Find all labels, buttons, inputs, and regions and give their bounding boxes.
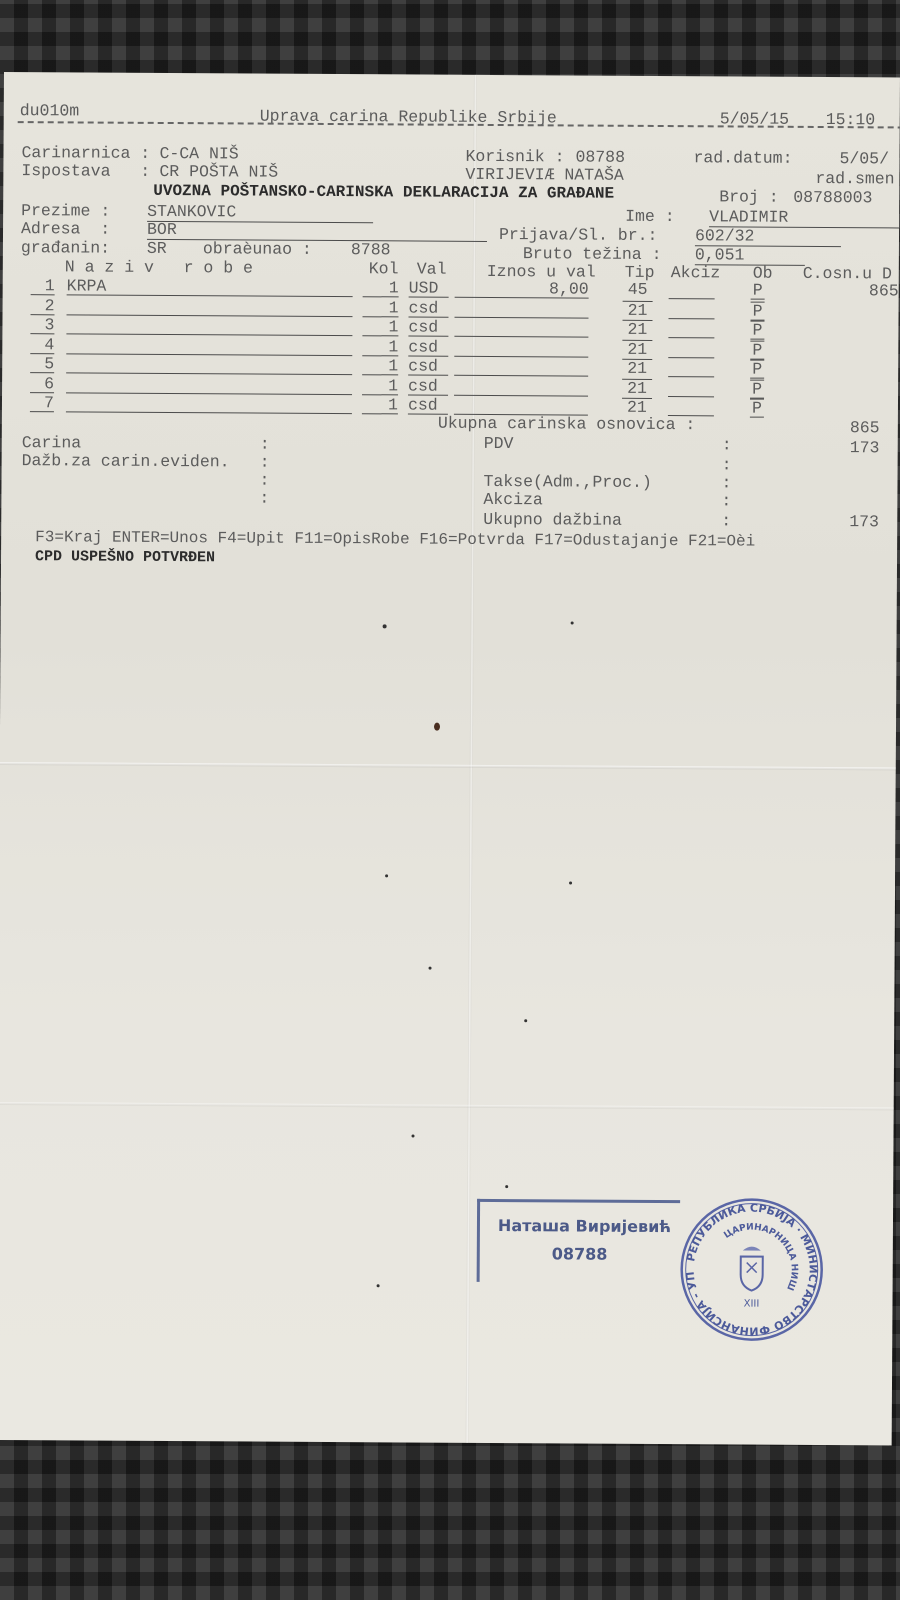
cell-name <box>66 336 352 356</box>
colon: : <box>259 472 269 490</box>
cell-kol: 1 <box>362 357 398 375</box>
carinarnica-value: C-CA NIŠ <box>159 145 238 163</box>
items-table: 1KRPA1USD8,0045P86521csd21P31csd21P41csd… <box>4 72 900 77</box>
colon: : <box>259 490 269 508</box>
paper-speck <box>569 881 572 884</box>
paper-speck <box>385 874 388 877</box>
adresa-value: BOR <box>147 221 487 242</box>
prijava-value: 602/32 <box>695 227 841 247</box>
cell-tip: 21 <box>623 300 653 318</box>
cell-iznos <box>454 358 588 377</box>
paper-speck <box>377 1284 380 1287</box>
obracunao-label: obraèunao : <box>203 240 312 259</box>
cell-tip: 21 <box>622 359 652 377</box>
cell-val: csd <box>409 299 449 317</box>
bruto-label: Bruto težina : <box>523 245 662 264</box>
cell-ob: P <box>750 399 764 418</box>
program-code: du010m <box>20 102 80 120</box>
cell-val: csd <box>408 318 448 336</box>
cell-no: 6 <box>30 375 54 393</box>
colon: : <box>721 474 731 492</box>
korisnik-value: 08788 <box>575 148 625 166</box>
cell-no: 7 <box>30 394 54 412</box>
prezime-label: Prezime : <box>21 202 110 221</box>
ukupna-osnovica-value: 865 <box>850 419 880 437</box>
cell-no: 3 <box>30 316 54 334</box>
ukupno-label: Ukupno dažbina <box>483 511 622 530</box>
cell-cosn <box>822 321 898 338</box>
cell-cosn: 865 <box>823 282 899 299</box>
cell-val: USD <box>409 279 449 297</box>
dazb-label: Dažb.za carin.eviden. <box>22 452 230 471</box>
paper-speck <box>571 621 574 624</box>
cell-ob: P <box>750 301 764 320</box>
cell-cosn <box>822 380 898 397</box>
cell-akciz <box>669 281 715 299</box>
cell-val: csd <box>408 377 448 395</box>
paper-speck <box>524 1019 527 1022</box>
cell-cosn <box>822 341 898 358</box>
pdv-value: 173 <box>850 439 880 457</box>
col-akciz: Akciz <box>671 264 721 282</box>
carina-label: Carina <box>22 434 82 452</box>
svg-text:XIII: XIII <box>744 1299 760 1310</box>
rad-datum-label: rad.datum: <box>693 149 792 168</box>
cell-akciz <box>668 340 714 358</box>
obracunao-value: 8788 <box>351 241 391 259</box>
cell-tip: 21 <box>622 320 652 338</box>
korisnik-label: Korisnik : <box>465 148 564 167</box>
cell-name <box>66 394 352 414</box>
cell-kol: 1 <box>362 377 398 395</box>
cell-name <box>66 355 352 375</box>
cell-iznos <box>454 397 588 416</box>
cell-kol: 1 <box>362 318 398 336</box>
rad-smena-label: rad.smen <box>815 170 894 188</box>
cell-ob: P <box>750 321 764 340</box>
cell-name <box>66 375 352 395</box>
cell-kol: 1 <box>363 299 399 317</box>
cell-akciz <box>668 379 714 397</box>
gradjanin-value: SR <box>147 240 167 258</box>
customs-declaration-printout: du010m Uprava carina Republike Srbije 5/… <box>0 72 900 1445</box>
cell-cosn <box>823 302 899 319</box>
paper-speck <box>429 967 432 970</box>
ispostava-label: Ispostava : <box>21 162 150 181</box>
cell-val: csd <box>408 396 448 414</box>
cell-tip: 45 <box>623 281 653 298</box>
colon: : <box>721 492 731 510</box>
cell-cosn <box>822 399 898 416</box>
status-message: CPD USPEŠNO POTVRĐEN <box>35 548 215 567</box>
function-keys-bar: F3=Kraj ENTER=Unos F4=Upit F11=OpisRobe … <box>35 528 755 550</box>
cell-name <box>67 297 353 317</box>
rad-datum-value: 5/05/ <box>839 150 889 168</box>
officer-stamp-number: 08788 <box>552 1244 608 1263</box>
cell-val: csd <box>408 338 448 356</box>
ime-value: VLADIMIR <box>709 208 899 228</box>
officer-stamp-name: Наташа Виријевић <box>498 1216 671 1236</box>
gradjanin-label: građanin: <box>21 239 110 258</box>
cell-ob: P <box>750 340 764 359</box>
colon: : <box>722 456 732 474</box>
paper-fold-horizontal <box>0 762 896 770</box>
cell-no: 2 <box>31 297 55 315</box>
form-title: UVOZNA POŠTANSKO-CARINSKA DEKLARACIJA ZA… <box>153 182 614 203</box>
paper-fold-horizontal <box>0 1102 894 1110</box>
col-naziv-robe: N a z i v r o b e <box>65 258 253 277</box>
cell-kol: 1 <box>362 338 398 356</box>
cell-akciz <box>669 301 715 319</box>
pdv-label: PDV <box>484 435 514 453</box>
cell-iznos <box>454 338 588 357</box>
cell-ob: P <box>751 282 765 300</box>
cell-no: 4 <box>30 336 54 354</box>
ime-label: Ime : <box>625 208 675 226</box>
cell-iznos: 8,00 <box>455 280 589 299</box>
official-seal-icon: РЕПУБЛИКА СРБИЈА · МИНИСТАРСТВО ФИНАНСИЈ… <box>676 1194 827 1345</box>
paper-speck <box>505 1185 508 1188</box>
carinarnica-label: Carinarnica : <box>21 144 150 163</box>
akciza-label: Akciza <box>483 491 543 509</box>
cell-tip: 21 <box>622 398 652 416</box>
officer-name: VIRIJEVIÆ NATAŠA <box>465 166 624 185</box>
paper-speck <box>434 723 440 731</box>
cell-cosn <box>822 360 898 377</box>
cell-iznos <box>455 299 589 318</box>
officer-stamp: Наташа Виријевић 08788 <box>477 1199 681 1283</box>
ukupno-value: 173 <box>849 513 879 531</box>
cell-kol: 1 <box>362 396 398 414</box>
cell-no: 1 <box>31 277 55 295</box>
broj-value: 08788003 <box>793 189 872 207</box>
cell-akciz <box>668 359 714 377</box>
col-kol: Kol <box>369 260 399 278</box>
svg-text:РЕПУБЛИКА СРБИЈА · МИНИСТАРСТВ: РЕПУБЛИКА СРБИЈА · МИНИСТАРСТВО ФИНАНСИЈ… <box>676 1194 820 1338</box>
adresa-label: Adresa : <box>21 220 110 239</box>
broj-label: Broj : <box>719 188 779 206</box>
cell-akciz <box>668 398 714 416</box>
cell-name <box>66 316 352 336</box>
cell-iznos <box>454 377 588 396</box>
cell-ob: P <box>750 360 764 379</box>
cell-tip: 21 <box>622 378 652 396</box>
cell-iznos <box>454 319 588 338</box>
colon: : <box>260 436 270 454</box>
cell-kol: 1 <box>363 279 399 297</box>
colon: : <box>722 436 732 454</box>
prijava-label: Prijava/Sl. br.: <box>499 226 658 245</box>
ispostava-value: CR POŠTA NIŠ <box>159 163 278 182</box>
ukupna-osnovica-label: Ukupna carinska osnovica : <box>438 415 696 435</box>
cell-val: csd <box>408 357 448 375</box>
colon: : <box>721 512 731 530</box>
colon: : <box>260 454 270 472</box>
cell-no: 5 <box>30 355 54 373</box>
col-val: Val <box>417 261 447 279</box>
cell-akciz <box>668 320 714 338</box>
paper-speck <box>383 624 387 628</box>
paper-speck <box>411 1135 414 1138</box>
cell-name: KRPA <box>67 277 353 297</box>
cell-ob: P <box>750 379 764 398</box>
cell-tip: 21 <box>622 339 652 357</box>
